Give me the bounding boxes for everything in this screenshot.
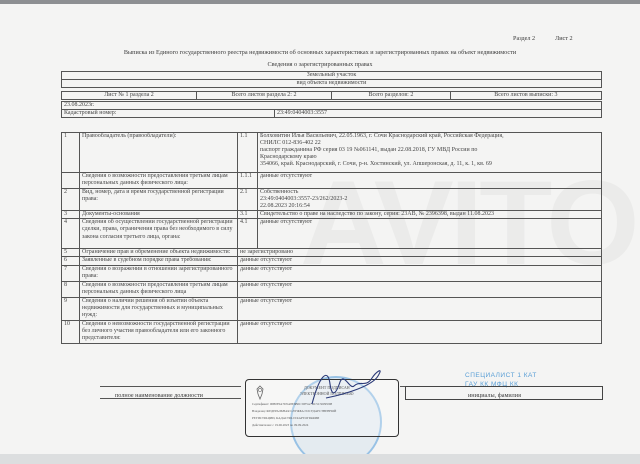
document-page: AVITO Раздел 2 Лист 2 Выписка из Единого… xyxy=(0,4,640,454)
cadastral-table: 23.08.2023г. Кадастровый номер: 23:49:04… xyxy=(61,101,602,118)
document-title: Выписка из Единого государственного реес… xyxy=(0,49,640,56)
table-row: 2 Вид, номер, дата и время государственн… xyxy=(62,189,602,211)
row-label: Заявленные в судебном порядке права треб… xyxy=(80,257,238,265)
total-sheets-extract: Всего листов выписки: 3 xyxy=(450,92,601,100)
table-row: 5 Ограничение прав и обременение объекта… xyxy=(62,249,602,257)
table-row: 9 Сведения о наличии решения об изъятии … xyxy=(62,297,602,320)
sheet-number: Лист № 1 раздела 2 xyxy=(62,92,197,100)
row-number: 2 xyxy=(62,189,80,211)
table-row: 6 Заявленные в судебном порядке права тр… xyxy=(62,257,602,265)
ecp-owner-2: РЕГИСТРАЦИИ, КАДАСТРА И КАРТОГРАФИИ xyxy=(252,416,319,420)
table-row: 8 Сведения о возможности предоставления … xyxy=(62,281,602,297)
table-row: 4 Сведения об осуществлении государствен… xyxy=(62,219,602,249)
cadastral-label: Кадастровый номер: xyxy=(62,110,275,118)
total-sheets-section: Всего листов раздела 2: 2 xyxy=(197,92,332,100)
owner-address: 354066, край. Краснодарский, г. Сочи, р-… xyxy=(260,161,599,168)
row-number: 7 xyxy=(62,265,80,281)
row-number: 8 xyxy=(62,281,80,297)
table-row: 1 Правообладатель (правообладатели): 1.1… xyxy=(62,133,602,173)
electronic-signature-block: ДОКУМЕНТ ПОДПИСАН ЭЛЕКТРОННОЙ ПОДПИСЬЮ С… xyxy=(245,379,399,437)
row-value: Свидетельство о праве на наследство по з… xyxy=(258,211,602,219)
table-row: 7 Сведения о возражении в отношении заре… xyxy=(62,265,602,281)
row-label: Сведения о возможности предоставления тр… xyxy=(80,281,238,297)
owner-passport: паспорт гражданина РФ серия 03 19 №06114… xyxy=(260,147,599,154)
name-caption: инициалы, фамилия xyxy=(468,392,521,399)
object-type-caption: вид объекта недвижимости xyxy=(62,80,602,88)
row-number: 9 xyxy=(62,297,80,320)
document-subtitle: Сведения о зарегистрированных правах xyxy=(0,61,640,68)
registration-number: 23:49:0404003:3557-23/262/2023-2 xyxy=(260,196,599,203)
row-label: Сведения о возражении в отношении зареги… xyxy=(80,265,238,281)
object-type: Земельный участок xyxy=(62,72,602,80)
ecp-validity: Действителен: с 19.06.2023 по 09.09.2024 xyxy=(252,423,308,427)
row-label: Документы-основания xyxy=(80,211,238,219)
row-value: данные отсутствуют xyxy=(238,320,602,343)
sheet-label: Лист 2 xyxy=(555,35,573,42)
section-label: Раздел 2 xyxy=(513,35,535,42)
row-value: данные отсутствуют xyxy=(238,297,602,320)
row-subnumber: 4.1 xyxy=(238,219,258,249)
table-row: Сведения о возможности предоставления тр… xyxy=(62,173,602,189)
row-label: Правообладатель (правообладатели): xyxy=(80,133,238,173)
row-label: Сведения о возможности предоставления тр… xyxy=(80,173,238,189)
table-row: 10 Сведения о невозможности государствен… xyxy=(62,320,602,343)
row-subnumber: 2.1 xyxy=(238,189,258,211)
row-value: данные отсутствуют xyxy=(258,173,602,189)
row-number: 1 xyxy=(62,133,80,173)
owner-snils: СНИЛС 012-836-402 22 xyxy=(260,140,599,147)
rights-table: 1 Правообладатель (правообладатели): 1.1… xyxy=(61,132,602,344)
scan-edge-bottom xyxy=(0,454,640,464)
emblem-icon xyxy=(254,385,266,401)
row-number: 4 xyxy=(62,219,80,249)
row-value: данные отсутствуют xyxy=(238,265,602,281)
row-number: 6 xyxy=(62,257,80,265)
right-type: Собственность xyxy=(260,189,599,196)
row-subnumber: 3.1 xyxy=(238,211,258,219)
row-label: Сведения о невозможности государственной… xyxy=(80,320,238,343)
cadastral-number: 23:49:0404003:3557 xyxy=(275,110,602,118)
row-value: данные отсутствуют xyxy=(238,257,602,265)
total-sections: Всего разделов: 2 xyxy=(332,92,451,100)
registration-datetime: 22.08.2023 20:16:54 xyxy=(260,203,599,210)
row-label: Сведения об осуществлении государственно… xyxy=(80,219,238,249)
divider xyxy=(400,386,405,387)
row-value: не зарегистрировано xyxy=(238,249,602,257)
row-number: 10 xyxy=(62,320,80,343)
row-value: данные отсутствуют xyxy=(258,219,602,249)
row-number: 3 xyxy=(62,211,80,219)
specialist-stamp-line1: СПЕЦИАЛИСТ 1 КАТ xyxy=(465,372,537,379)
extract-date: 23.08.2023г. xyxy=(62,102,602,110)
sheet-info-table: Лист № 1 раздела 2 Всего листов раздела … xyxy=(61,91,602,100)
object-type-table: Земельный участок вид объекта недвижимос… xyxy=(61,71,602,88)
owner-details: Болховитин Илья Васильевич, 22.05.1963, … xyxy=(258,133,602,173)
row-subnumber: 1.1.1 xyxy=(238,173,258,189)
row-number: 5 xyxy=(62,249,80,257)
position-caption: полное наименование должности xyxy=(115,392,203,399)
owner-name: Болховитин Илья Васильевич, 22.05.1963, … xyxy=(260,133,599,140)
registration-details: Собственность 23:49:0404003:3557-23/262/… xyxy=(258,189,602,211)
signature-line-top xyxy=(100,386,241,387)
row-value: данные отсутствуют xyxy=(238,281,602,297)
handwritten-signature xyxy=(306,364,386,412)
row-subnumber: 1.1 xyxy=(238,133,258,173)
row-number xyxy=(62,173,80,189)
row-label: Ограничение прав и обременение объекта н… xyxy=(80,249,238,257)
row-label: Сведения о наличии решения об изъятии об… xyxy=(80,297,238,320)
row-label: Вид, номер, дата и время государственной… xyxy=(80,189,238,211)
table-row: 3 Документы-основания 3.1 Свидетельство … xyxy=(62,211,602,219)
